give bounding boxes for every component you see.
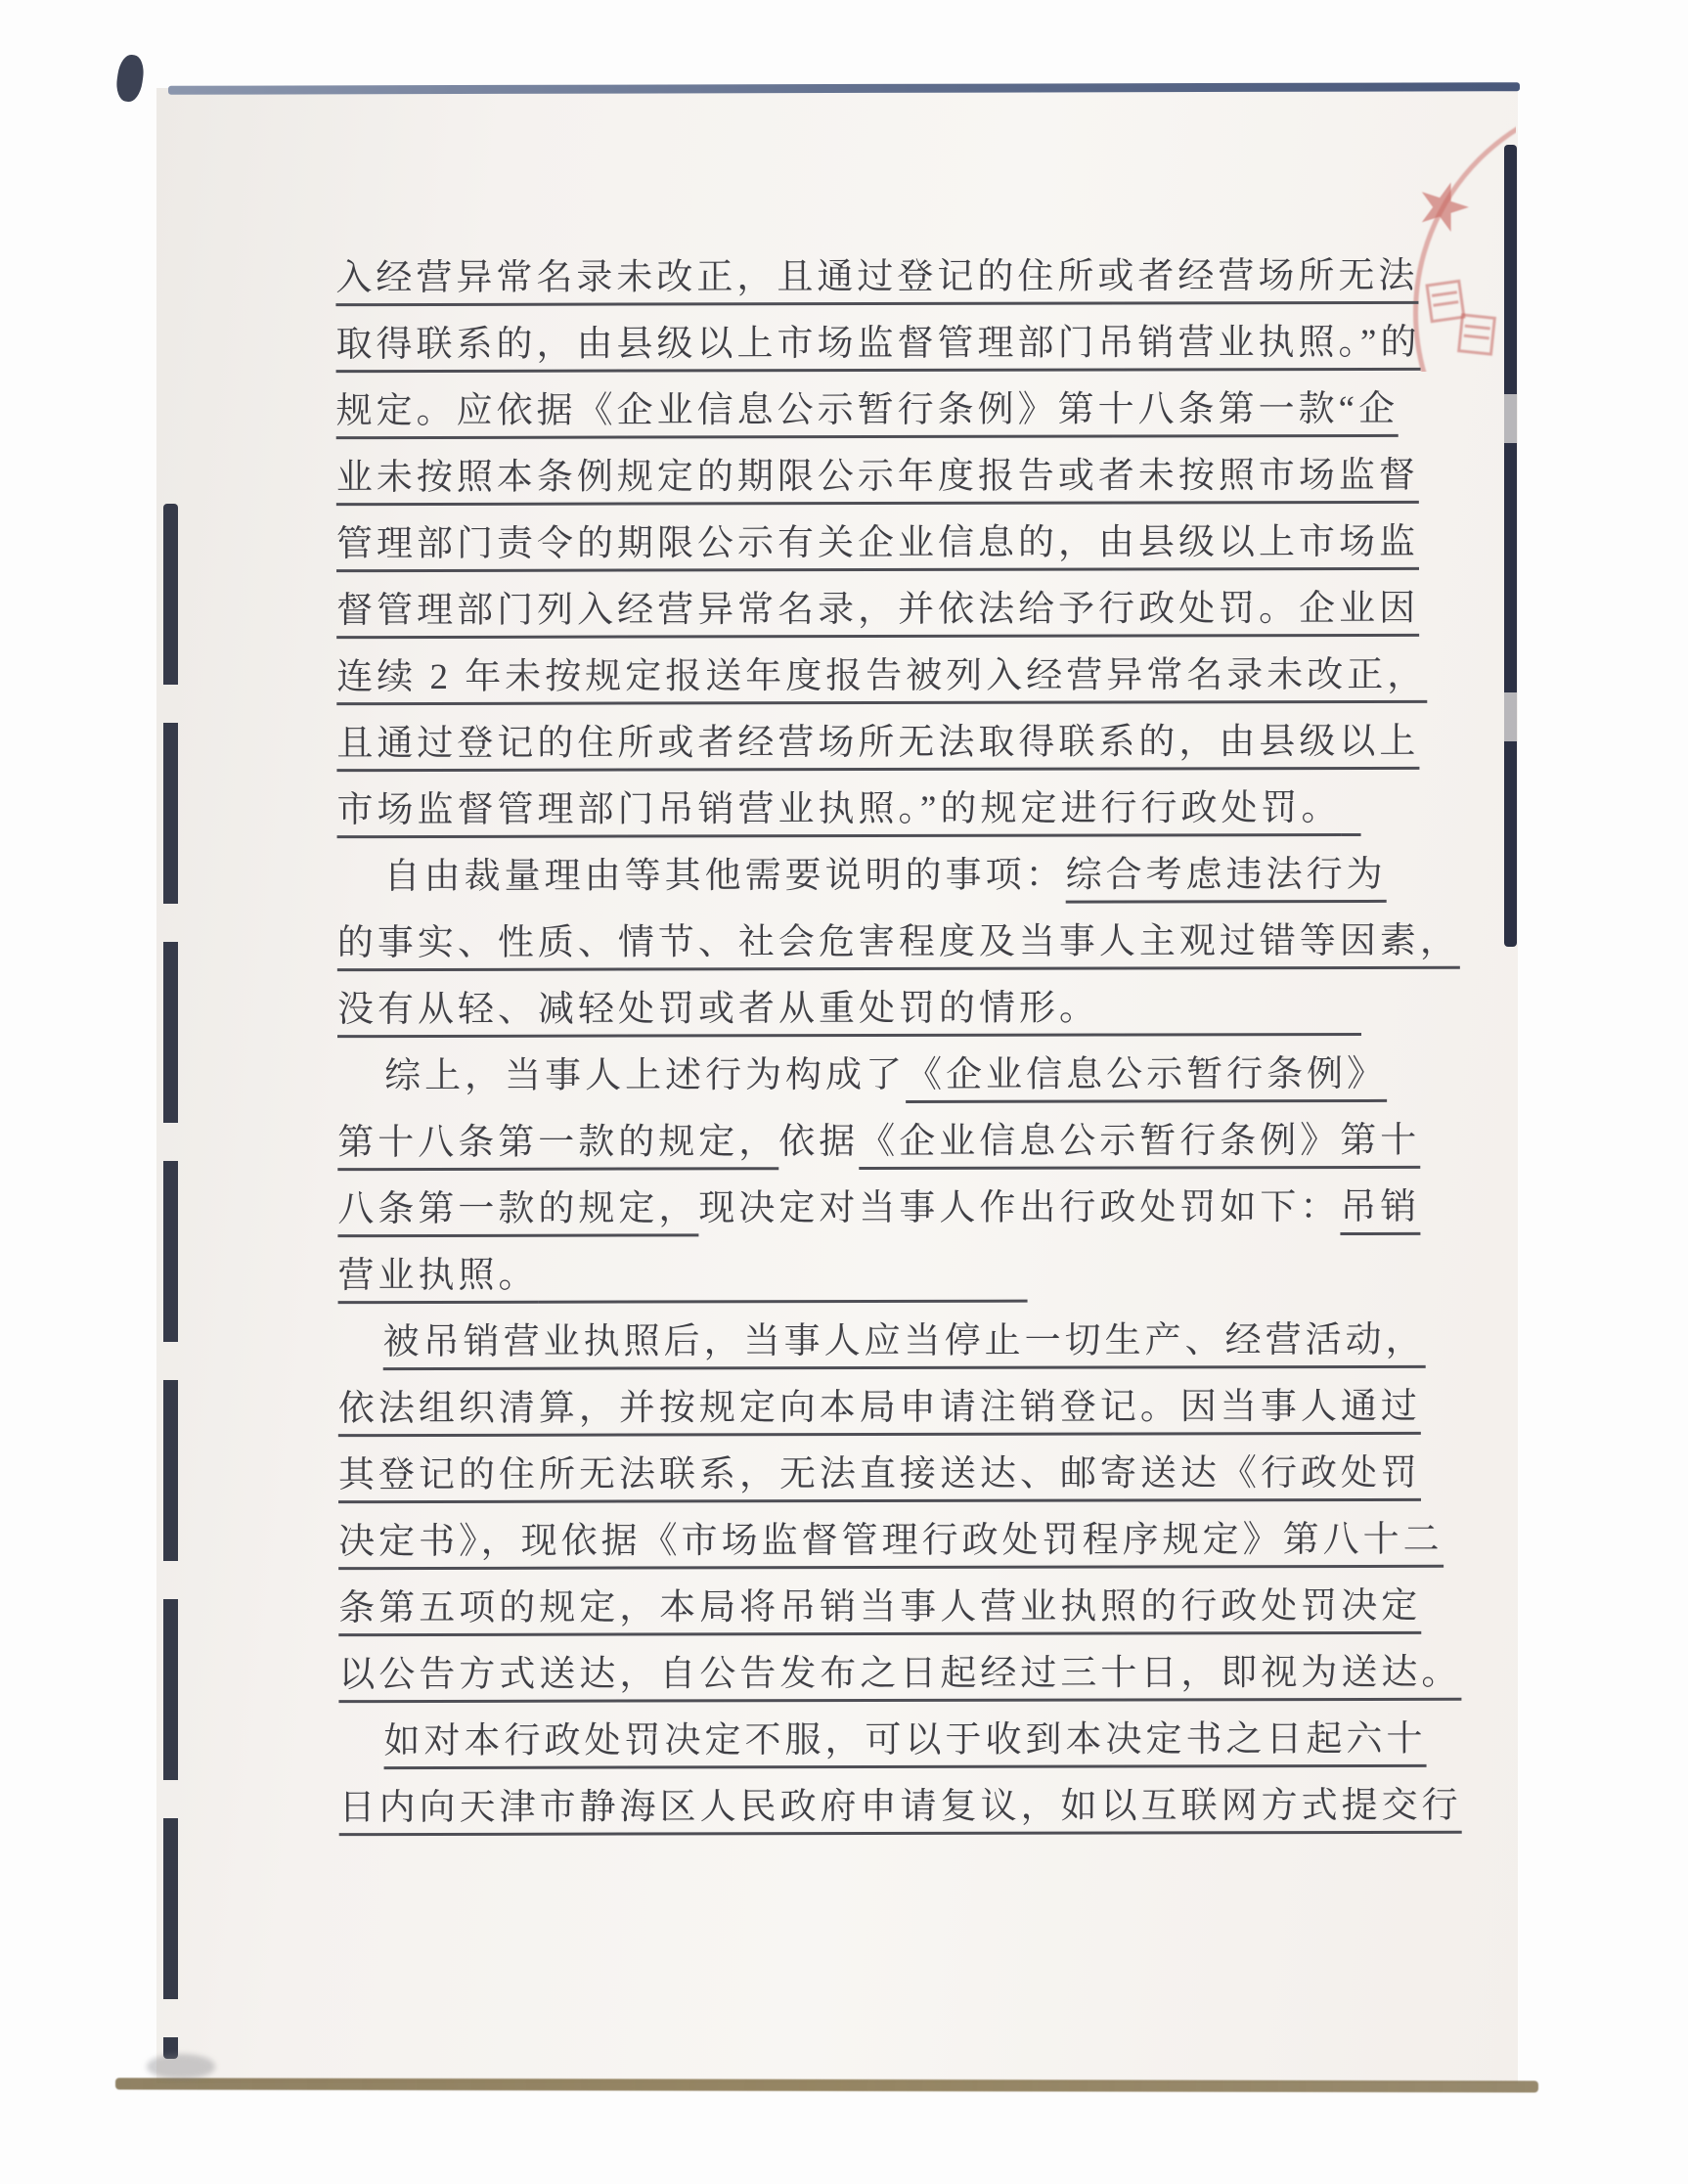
scan-bottom-shadow (115, 2077, 1538, 2092)
text-segment: 自由裁量理由等其他需要说明的事项： (384, 856, 1066, 905)
underlined-text-segment: 规定。应依据《企业信息公示暂行条例》第十八条第一款“企 (336, 389, 1399, 439)
underlined-text-segment: 《企业信息公示暂行条例》 (906, 1054, 1387, 1103)
underlined-text-segment: 《企业信息公示暂行条例》第十 (859, 1121, 1420, 1170)
text-line: 自由裁量理由等其他需要说明的事项：综合考虑违法行为 (337, 836, 1425, 905)
underlined-text-segment: 营业执照。 (337, 1256, 538, 1304)
text-line: 第十八条第一款的规定，依据《企业信息公示暂行条例》第十 (337, 1102, 1425, 1171)
scan-corner-mark (114, 53, 146, 103)
text-line: 八条第一款的规定，现决定对当事人作出行政处罚如下：吊销 (337, 1169, 1425, 1237)
seal-text-glyph (1425, 280, 1465, 324)
text-line: 其登记的住所无法联系，无法直接送达、邮寄送达《行政处罚 (338, 1435, 1426, 1503)
text-line: 取得联系的，由县级以上市场监督管理部门吊销营业执照。”的 (335, 304, 1423, 373)
text-line: 市场监督管理部门吊销营业执照。”的规定进行行政处罚。 (336, 770, 1424, 838)
text-line: 以公告方式送达，自公告发布之日起经过三十日，即视为送达。 (338, 1634, 1426, 1703)
text-line: 如对本行政处罚决定不服，可以于收到本决定书之日起六十 (338, 1701, 1426, 1769)
text-line: 的事实、性质、情节、社会危害程度及当事人主观过错等因素， (337, 903, 1425, 971)
seal-arc (1413, 93, 1516, 372)
scan-left-edge-marks (163, 504, 178, 2059)
text-line: 日内向天津市静海区人民政府申请复议，如以互联网方式提交行 (339, 1767, 1427, 1836)
text-line: 连续 2 年未按规定报送年度报告被列入经营异常名录未改正， (336, 637, 1424, 705)
text-line: 条第五项的规定，本局将吊销当事人营业执照的行政处罚决定 (338, 1568, 1426, 1636)
underlined-text-segment: 吊销 (1340, 1187, 1420, 1235)
text-line: 依法组织清算，并按规定向本局申请注销登记。因当事人通过 (338, 1368, 1426, 1437)
underlined-text-segment: 市场监督管理部门吊销营业执照。”的规定进行行政处罚。 (336, 788, 1341, 838)
underlined-text-segment: 条第五项的规定，本局将吊销当事人营业执照的行政处罚决定 (338, 1586, 1421, 1636)
underlined-text-segment: 没有从轻、减轻处罚或者从重处罚的情形。 (337, 989, 1099, 1038)
text-line: 规定。应依据《企业信息公示暂行条例》第十八条第一款“企 (336, 371, 1424, 439)
underlined-text-segment: 日内向天津市静海区人民政府申请复议，如以互联网方式提交行 (339, 1786, 1462, 1836)
underlined-text-segment: 管理部门责令的期限公示有关企业信息的，由县级以上市场监 (336, 522, 1419, 572)
text-line: 管理部门责令的期限公示有关企业信息的，由县级以上市场监 (336, 504, 1424, 572)
text-block: 入经营异常名录未改正，且通过登记的住所或者经营场所无法取得联系的，由县级以上市场… (335, 238, 1426, 1836)
text-line: 业未按照本条例规定的期限公示年度报告或者未按照市场监督 (336, 437, 1424, 506)
blank-underline (1341, 833, 1360, 836)
text-line: 督管理部门列入经营异常名录，并依法给予行政处罚。企业因 (336, 570, 1424, 639)
underlined-text-segment: 的事实、性质、情节、社会危害程度及当事人主观过错等因素， (337, 921, 1460, 971)
seal-text-glyph (1457, 313, 1496, 356)
underlined-text-segment: 被吊销营业执照后，当事人应当停止一切生产、经营活动， (383, 1320, 1426, 1370)
underlined-text-segment: 取得联系的，由县级以上市场监督管理部门吊销营业执照。”的 (335, 323, 1420, 373)
scan-right-edge-marks (1504, 145, 1517, 947)
underlined-text-segment: 业未按照本条例规定的期限公示年度报告或者未按照市场监督 (336, 456, 1419, 506)
blank-underline (1099, 1033, 1361, 1037)
text-line: 综上，当事人上述行为构成了《企业信息公示暂行条例》 (337, 1036, 1425, 1104)
scan-smudge (147, 2054, 215, 2079)
underlined-text-segment: 且通过登记的住所或者经营场所无法取得联系的，由县级以上 (336, 722, 1419, 772)
text-line: 营业执照。 (337, 1235, 1425, 1304)
seal-star-icon: ★ (1405, 166, 1481, 245)
text-line: 决定书》，现依据《市场监督管理行政处罚程序规定》第八十二 (338, 1501, 1426, 1570)
text-segment: 现决定对当事人作出行政处罚如下： (698, 1187, 1340, 1236)
underlined-text-segment: 其登记的住所无法联系，无法直接送达、邮寄送达《行政处罚 (338, 1453, 1421, 1503)
underlined-text-segment: 综合考虑违法行为 (1066, 855, 1387, 903)
scanned-page-background: { "page": { "type": "scanned administrat… (0, 0, 1688, 2184)
text-line: 入经营异常名录未改正，且通过登记的住所或者经营场所无法 (335, 238, 1423, 306)
underlined-text-segment: 八条第一款的规定， (337, 1189, 698, 1237)
text-segment: 依据 (778, 1123, 859, 1171)
text-line: 且通过登记的住所或者经营场所无法取得联系的，由县级以上 (336, 703, 1424, 772)
text-line: 没有从轻、减轻处罚或者从重处罚的情形。 (337, 969, 1425, 1038)
text-segment: 综上，当事人上述行为构成了 (384, 1055, 906, 1104)
text-line: 被吊销营业执照后，当事人应当停止一切生产、经营活动， (338, 1302, 1426, 1370)
underlined-text-segment: 决定书》，现依据《市场监督管理行政处罚程序规定》第八十二 (338, 1520, 1444, 1570)
underlined-text-segment: 督管理部门列入经营异常名录，并依法给予行政处罚。企业因 (336, 589, 1419, 639)
underlined-text-segment: 连续 2 年未按规定报送年度报告被列入经营异常名录未改正， (336, 655, 1427, 705)
underlined-text-segment: 第十八条第一款的规定， (337, 1123, 778, 1171)
underlined-text-segment: 入经营异常名录未改正，且通过登记的住所或者经营场所无法 (335, 256, 1418, 306)
underlined-text-segment: 如对本行政处罚决定不服，可以于收到本决定书之日起六十 (383, 1719, 1426, 1769)
underlined-text-segment: 依法组织清算，并按规定向本局申请注销登记。因当事人通过 (338, 1387, 1421, 1437)
underlined-text-segment: 以公告方式送达，自公告发布之日起经过三十日，即视为送达。 (338, 1653, 1461, 1703)
